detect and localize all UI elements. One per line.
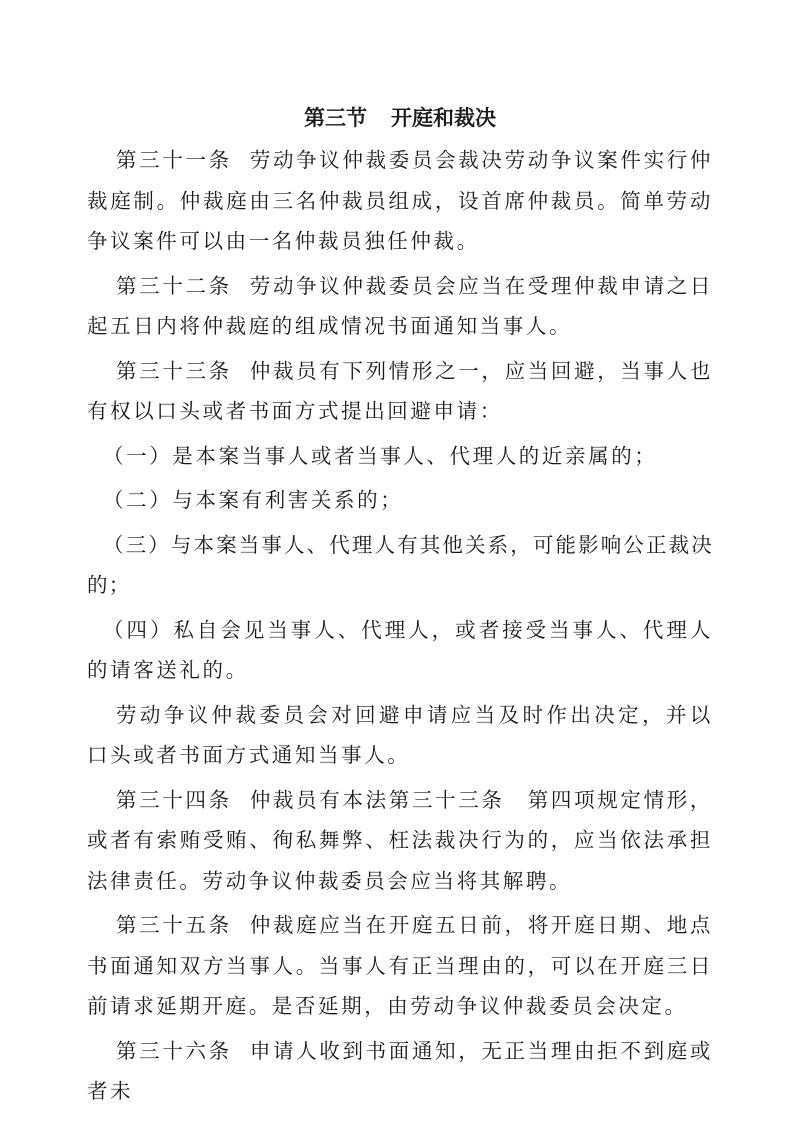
article-number: 第三十二条 [116, 274, 232, 298]
article-number: 第三十四条 [116, 788, 232, 812]
article-33-item-2: （二）与本案有利害关系的； [87, 480, 713, 521]
article-number: 第三十五条 [116, 913, 232, 937]
section-heading: 第三节开庭和裁决 [87, 98, 713, 138]
document-body: 第三节开庭和裁决 第三十一条劳动争议仲裁委员会裁决劳动争议案件实行仲裁庭制。仲裁… [87, 98, 713, 1116]
paragraph-text: 劳动争议仲裁委员会对回避申请应当及时作出决定，并以口头或者书面方式通知当事人。 [87, 703, 713, 768]
article-34: 第三十四条仲裁员有本法第三十三条 第四项规定情形，或者有索贿受贿、徇私舞弊、枉法… [87, 780, 713, 902]
article-number: 第三十一条 [116, 148, 232, 172]
article-33-item-1: （一）是本案当事人或者当事人、代理人的近亲属的； [87, 436, 713, 477]
article-36: 第三十六条申请人收到书面通知，无正当理由拒不到庭或者未 [87, 1031, 713, 1112]
list-item-text: （一）是本案当事人或者当事人、代理人的近亲属的； [103, 444, 657, 468]
article-33-item-3: （三）与本案当事人、代理人有其他关系，可能影响公正裁决的； [87, 525, 713, 606]
section-title: 开庭和裁决 [391, 106, 496, 130]
section-number: 第三节 [304, 106, 367, 130]
article-33-item-4: （四）私自会见当事人、代理人，或者接受当事人、代理人的请客送礼的。 [87, 610, 713, 691]
article-33-decision: 劳动争议仲裁委员会对回避申请应当及时作出决定，并以口头或者书面方式通知当事人。 [87, 695, 713, 776]
list-item-text: （三）与本案当事人、代理人有其他关系，可能影响公正裁决的； [87, 533, 713, 598]
list-item-text: （二）与本案有利害关系的； [103, 488, 403, 512]
article-number: 第三十六条 [116, 1039, 232, 1063]
article-32: 第三十二条劳动争议仲裁委员会应当在受理仲裁申请之日起五日内将仲裁庭的组成情况书面… [87, 266, 713, 347]
list-item-text: （四）私自会见当事人、代理人，或者接受当事人、代理人的请客送礼的。 [87, 618, 713, 683]
article-33: 第三十三条仲裁员有下列情形之一，应当回避，当事人也有权以口头或者书面方式提出回避… [87, 351, 713, 432]
document-page: 第三节开庭和裁决 第三十一条劳动争议仲裁委员会裁决劳动争议案件实行仲裁庭制。仲裁… [0, 0, 793, 1122]
article-31: 第三十一条劳动争议仲裁委员会裁决劳动争议案件实行仲裁庭制。仲裁庭由三名仲裁员组成… [87, 140, 713, 262]
article-35: 第三十五条仲裁庭应当在开庭五日前，将开庭日期、地点书面通知双方当事人。当事人有正… [87, 905, 713, 1027]
article-number: 第三十三条 [116, 359, 232, 383]
